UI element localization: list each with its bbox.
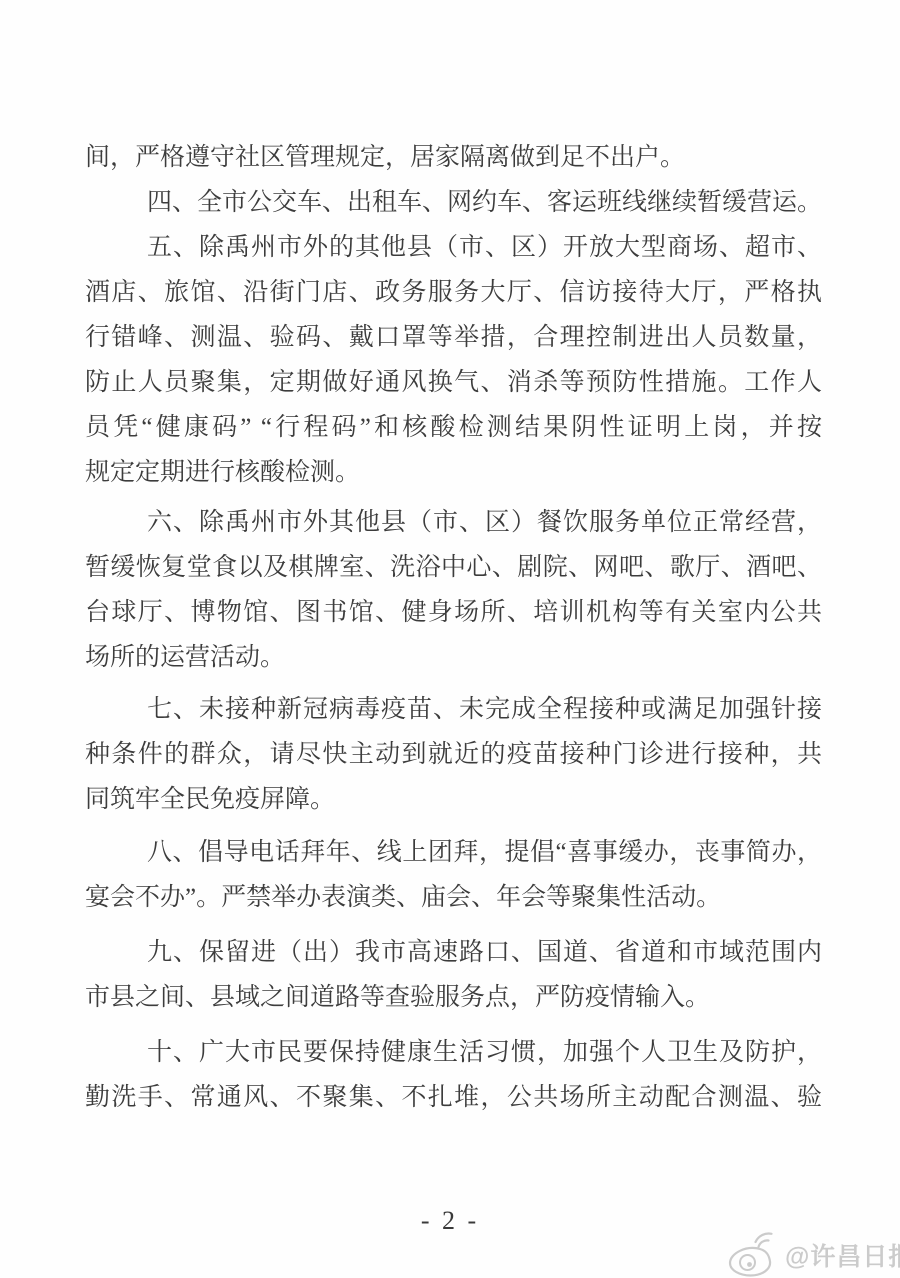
document-body: 间，严格遵守社区管理规定，居家隔离做到足不出户。 四、全市公交车、出租车、网约车… <box>85 135 822 1120</box>
text-line: 勤洗手、常通风、不聚集、不扎堆，公共场所主动配合测温、验 <box>85 1075 822 1120</box>
watermark: @许昌日报 <box>724 1232 900 1278</box>
text-line: 五、除禹州市外的其他县（市、区）开放大型商场、超市、 <box>85 225 822 270</box>
text-line: 防止人员聚集，定期做好通风换气、消杀等预防性措施。工作人 <box>85 360 822 405</box>
text-line: 员凭“健康码” “行程码”和核酸检测结果阴性证明上岗，并按 <box>85 405 822 450</box>
text-line: 十、广大市民要保持健康生活习惯，加强个人卫生及防护， <box>85 1030 822 1075</box>
scanned-document-page: 间，严格遵守社区管理规定，居家隔离做到足不出户。 四、全市公交车、出租车、网约车… <box>0 0 900 1278</box>
watermark-handle: @许昌日报 <box>785 1237 900 1273</box>
text-line: 场所的运营活动。 <box>85 635 822 680</box>
text-line: 酒店、旅馆、沿街门店、政务服务大厅、信访接待大厅，严格执 <box>85 270 822 315</box>
weibo-icon <box>724 1232 780 1278</box>
text-line: 行错峰、测温、验码、戴口罩等举措，合理控制进出人员数量， <box>85 315 822 360</box>
text-line: 四、全市公交车、出租车、网约车、客运班线继续暂缓营运。 <box>85 180 822 225</box>
text-line: 间，严格遵守社区管理规定，居家隔离做到足不出户。 <box>85 135 822 180</box>
text-line: 八、倡导电话拜年、线上团拜，提倡“喜事缓办，丧事简办， <box>85 830 822 875</box>
text-line: 七、未接种新冠病毒疫苗、未完成全程接种或满足加强针接 <box>85 687 822 732</box>
text-line: 市县之间、县域之间道路等查验服务点，严防疫情输入。 <box>85 975 822 1020</box>
text-line: 台球厅、博物馆、图书馆、健身场所、培训机构等有关室内公共 <box>85 590 822 635</box>
text-line: 同筑牢全民免疫屏障。 <box>85 777 822 822</box>
text-line: 规定定期进行核酸检测。 <box>85 450 822 495</box>
text-line: 暂缓恢复堂食以及棋牌室、洗浴中心、剧院、网吧、歌厅、酒吧、 <box>85 545 822 590</box>
text-line: 宴会不办”。严禁举办表演类、庙会、年会等聚集性活动。 <box>85 875 822 920</box>
text-line: 九、保留进（出）我市高速路口、国道、省道和市域范围内 <box>85 930 822 975</box>
text-line: 六、除禹州市外其他县（市、区）餐饮服务单位正常经营， <box>85 500 822 545</box>
text-line: 种条件的群众，请尽快主动到就近的疫苗接种门诊进行接种，共 <box>85 732 822 777</box>
